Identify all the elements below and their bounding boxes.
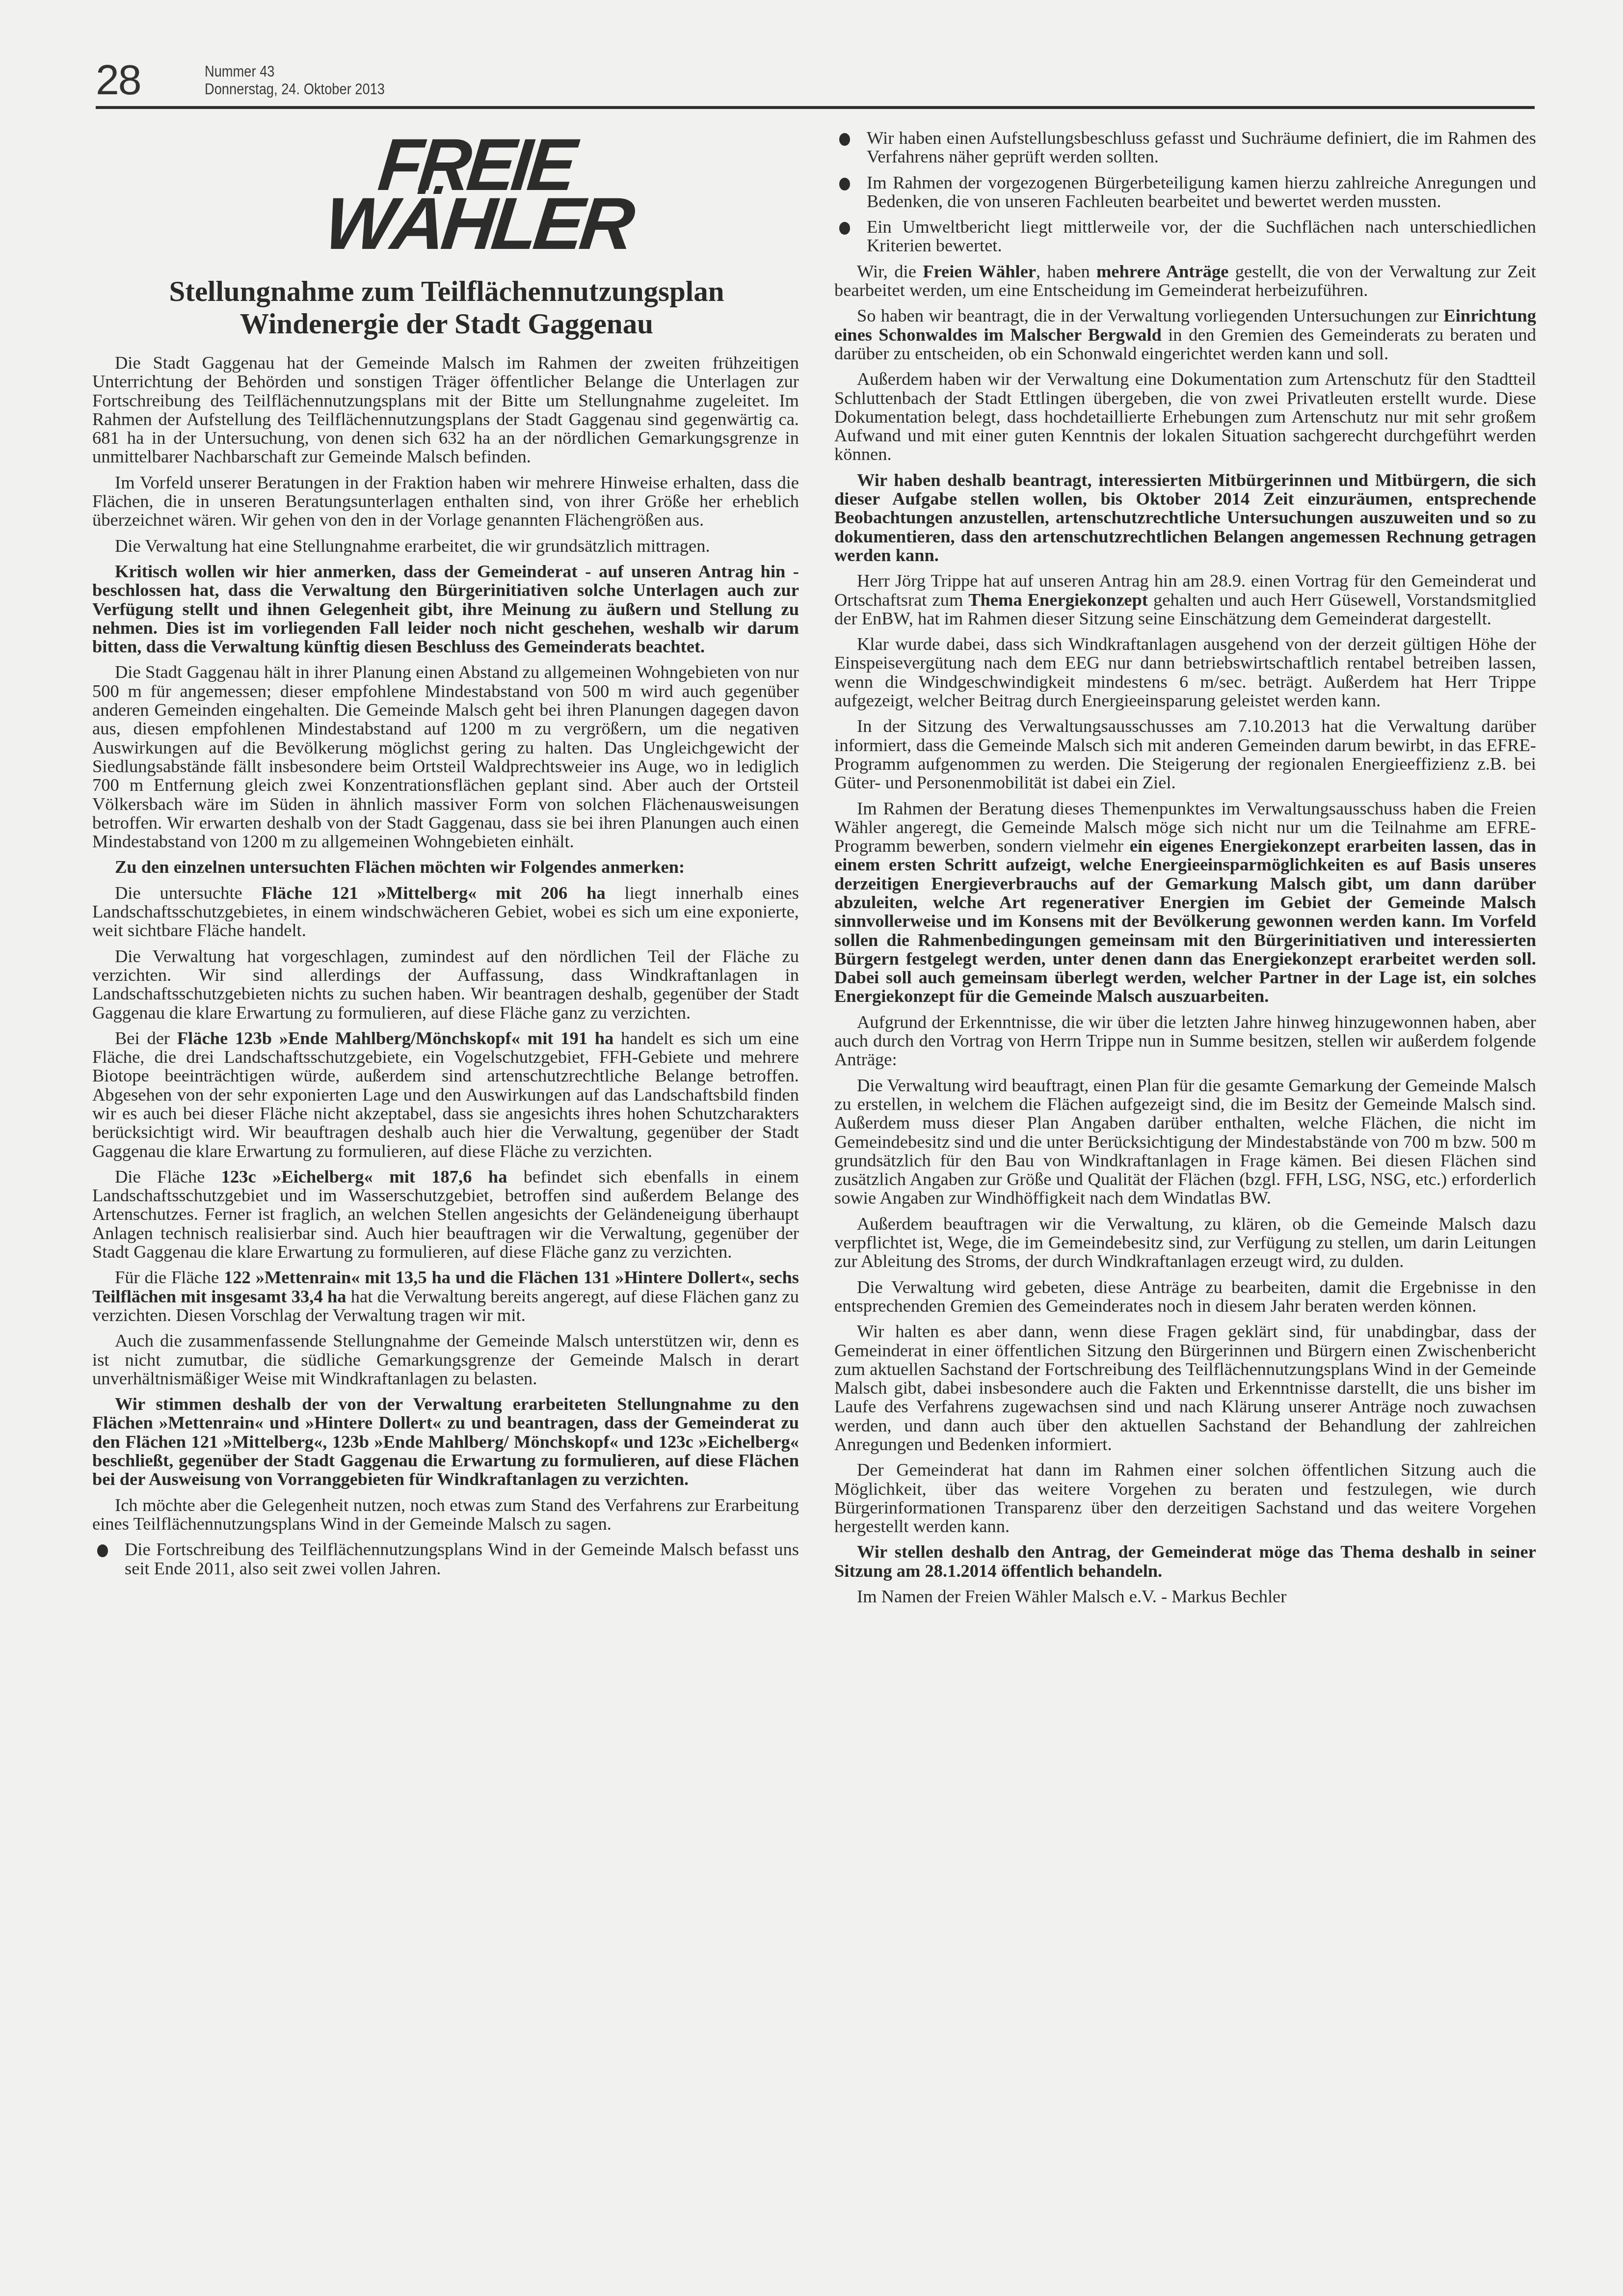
paragraph: Die Verwaltung hat vorgeschlagen, zumind… [92, 947, 799, 1022]
paragraph-antraege: Wir, die Freien Wähler, haben mehrere An… [834, 262, 1536, 300]
emphasis: Freien Wähler [923, 261, 1036, 281]
paragraph: Die Verwaltung hat eine Stellungnahme er… [92, 537, 799, 555]
author-signature: Im Namen der Freien Wähler Malsch e.V. -… [834, 1587, 1536, 1606]
text: Die untersuchte [115, 883, 262, 903]
headline-line-2: Windenergie der Stadt Gaggenau [91, 307, 802, 340]
bullet-icon [839, 133, 850, 146]
list-item: Wir haben einen Aufstellungsbeschluss ge… [834, 129, 1536, 166]
text: handelt es sich um eine Fläche, die drei… [92, 1028, 799, 1161]
paragraph: Auch die zusammenfassende Stellungnahme … [92, 1331, 799, 1388]
bullet-icon [839, 178, 850, 190]
paragraph-bold: Wir haben deshalb beantragt, interessier… [834, 471, 1536, 565]
paragraph-energiekonzept: Herr Jörg Trippe hat auf unseren Antrag … [834, 571, 1536, 628]
bullet-icon [97, 1544, 108, 1557]
paragraph-bold: Wir stimmen deshalb der von der Verwaltu… [92, 1395, 799, 1488]
paragraph-bold: Zu den einzelnen untersuchten Flächen mö… [92, 858, 799, 876]
bullet-list: Die Fortschreibung des Teilflächennutzun… [92, 1540, 799, 1578]
paragraph-flaeche-123c: Die Fläche 123c »Eichelberg« mit 187,6 h… [92, 1167, 799, 1261]
paragraph: Aufgrund der Erkenntnisse, die wir über … [834, 1013, 1536, 1069]
paragraph: Die Stadt Gaggenau hat der Gemeinde Mals… [92, 353, 799, 466]
logo-line-waehler: WÄHLER [321, 187, 635, 260]
paragraph-flaeche-122-131: Für die Fläche 122 »Mettenrain« mit 13,5… [92, 1268, 799, 1324]
emphasis: mehrere Anträge [1096, 261, 1228, 281]
paragraph: Wir halten es aber dann, wenn diese Frag… [834, 1322, 1536, 1454]
list-item-text: Wir haben einen Aufstellungsbeschluss ge… [867, 128, 1536, 166]
paragraph-schonwald: So haben wir beantragt, die in der Verwa… [834, 306, 1536, 363]
issue-number: Nummer 43 [205, 63, 385, 81]
paragraph: Außerdem beauftragen wir die Verwaltung,… [834, 1215, 1536, 1271]
bullet-list: Wir haben einen Aufstellungsbeschluss ge… [834, 129, 1536, 255]
emphasis: Thema Energiekonzept [968, 590, 1148, 610]
paragraph: Der Gemeinderat hat dann im Rahmen einer… [834, 1460, 1536, 1536]
paragraph-bold: Wir stellen deshalb den Antrag, der Geme… [834, 1542, 1536, 1580]
article-column-left: Die Stadt Gaggenau hat der Gemeinde Mals… [92, 353, 799, 1585]
paragraph: Außerdem haben wir der Verwaltung eine D… [834, 370, 1536, 463]
paragraph: Ich möchte aber die Gelegenheit nutzen, … [92, 1496, 799, 1534]
list-item: Ein Umweltbericht liegt mittlerweile vor… [834, 217, 1536, 255]
paragraph-bold: Kritisch wollen wir hier anmerken, dass … [92, 562, 799, 656]
paragraph: Die Stadt Gaggenau hält in ihrer Planung… [92, 663, 799, 851]
page-header: 28 Nummer 43 Donnerstag, 24. Oktober 201… [96, 59, 1535, 113]
paragraph: Im Vorfeld unserer Beratungen in der Fra… [92, 473, 799, 530]
list-item: Im Rahmen der vorgezogenen Bürgerbeteili… [834, 173, 1536, 211]
paragraph-flaeche-123b: Bei der Fläche 123b »Ende Mahlberg/Mönch… [92, 1029, 799, 1161]
paragraph: Klar wurde dabei, dass sich Windkraftanl… [834, 635, 1536, 710]
issue-info: Nummer 43 Donnerstag, 24. Oktober 2013 [205, 63, 385, 98]
list-item: Die Fortschreibung des Teilflächennutzun… [92, 1540, 799, 1578]
paragraph-flaeche-121: Die untersuchte Fläche 121 »Mittelberg« … [92, 884, 799, 940]
paragraph: Die Verwaltung wird beauftragt, einen Pl… [834, 1076, 1536, 1208]
text: Wir, die [857, 261, 923, 281]
emphasis: Fläche 123b »Ende Mahlberg/Mönchskopf« m… [177, 1028, 613, 1048]
list-item-text: Im Rahmen der vorgezogenen Bürgerbeteili… [867, 172, 1536, 211]
list-item-text: Die Fortschreibung des Teilflächennutzun… [125, 1539, 799, 1578]
freie-waehler-logo: FREIE WÄHLER [339, 133, 643, 255]
text: Die Fläche [115, 1166, 221, 1187]
emphasis: ein eigenes Energiekonzept erarbeiten la… [834, 836, 1536, 1006]
text: Bei der [115, 1028, 177, 1048]
bullet-icon [839, 222, 850, 235]
headline-line-1: Stellungnahme zum Teilflächennutzungspla… [91, 275, 802, 307]
issue-date: Donnerstag, 24. Oktober 2013 [205, 81, 385, 98]
text: Für die Fläche [115, 1267, 224, 1287]
emphasis: Fläche 121 »Mittelberg« mit 206 ha [262, 883, 606, 903]
paragraph-efre: Im Rahmen der Beratung dieses Themenpunk… [834, 799, 1536, 1006]
emphasis: 123c »Eichelberg« mit 187,6 ha [221, 1166, 507, 1187]
article-column-right: Wir haben einen Aufstellungsbeschluss ge… [834, 129, 1536, 1613]
page-number: 28 [96, 59, 141, 101]
text: , haben [1036, 261, 1096, 281]
paragraph: Die Verwaltung wird gebeten, diese Anträ… [834, 1278, 1536, 1316]
list-item-text: Ein Umweltbericht liegt mittlerweile vor… [867, 216, 1536, 255]
article-headline: Stellungnahme zum Teilflächennutzungspla… [91, 275, 802, 340]
header-divider [96, 106, 1535, 109]
paragraph: In der Sitzung des Verwaltungsausschusse… [834, 717, 1536, 792]
text: So haben wir beantragt, die in der Verwa… [857, 305, 1443, 325]
